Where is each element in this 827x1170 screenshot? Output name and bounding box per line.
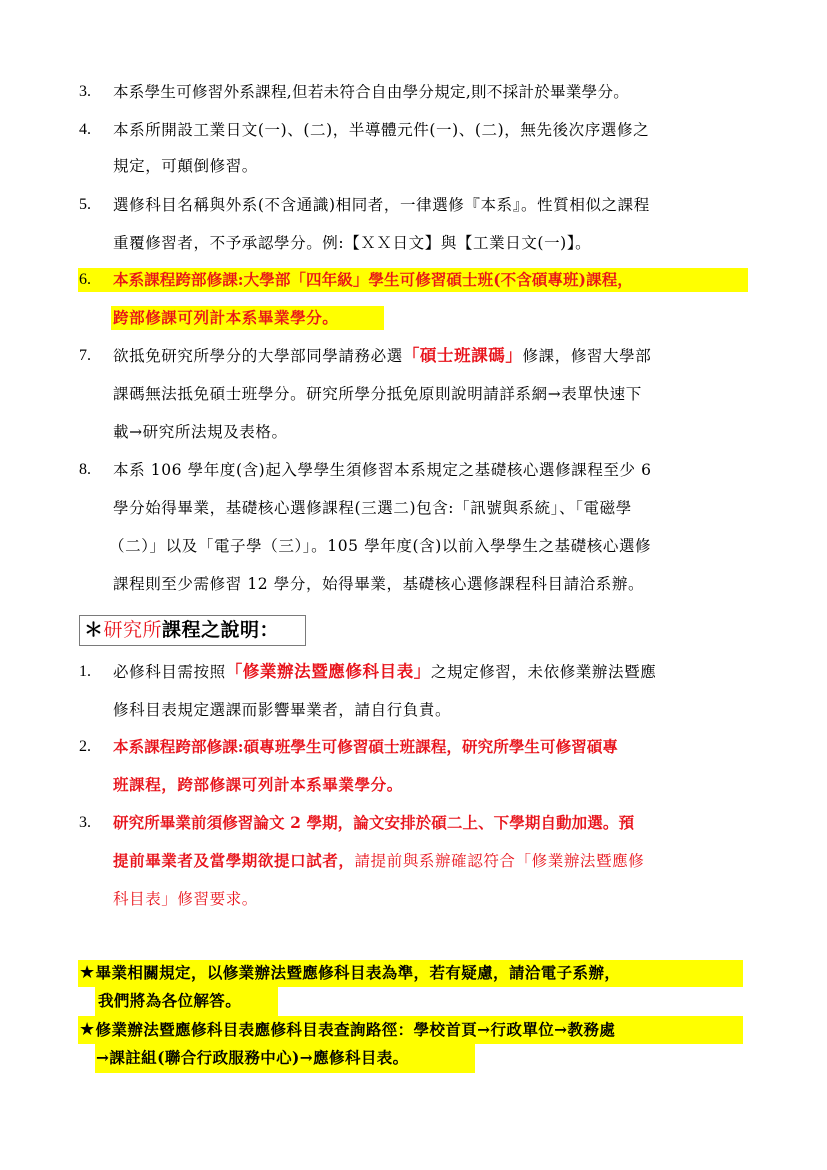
item-number: 3. (79, 82, 91, 102)
item-text: （二）」以及「電子學（三）」。105 學年度(含)以前入學學生之基礎核心選修 (109, 536, 651, 556)
item-text: 重覆修習者，不予承認學分。例:【ＸＸ日文】與【工業日文(一)】。 (113, 233, 591, 253)
item-text: 跨部修課可列計本系畢業學分。 (113, 308, 338, 328)
heading-red-part: 研究所 (104, 619, 163, 641)
item-text: 研究所畢業前須修習論文 2 學期，論文安排於碩二上、下學期自動加選。預 (113, 813, 634, 833)
item-number: 7. (79, 346, 91, 366)
item-text: 學分始得畢業，基礎核心選修課程(三選二)包含:「訊號與系統」、「電磁學 (113, 498, 632, 518)
item-number: 4. (79, 120, 91, 140)
heading-rest: 課程之說明： (162, 619, 279, 641)
item-text: 科目表」修習要求。 (113, 889, 258, 909)
note-graduation-rules-cont: 我們將為各位解答。 (98, 990, 241, 1012)
item-text-part: 欲抵免研究所學分的大學部同學請務必選 (113, 347, 403, 365)
note-query-path: ★修業辦法暨應修科目表應修科目表查詢路徑：學校首頁→行政單位→教務處 (79, 1019, 615, 1041)
item-number: 5. (79, 195, 91, 215)
item-text: 規定，可顛倒修習。 (113, 156, 258, 176)
item-number: 6. (79, 270, 91, 290)
item-text: 本系所開設工業日文(一)、(二)，半導體元件(一)、(二)，無先後次序選修之 (113, 120, 649, 140)
section-heading-graduate: ＊研究所課程之說明： (79, 615, 306, 646)
item-number: 8. (79, 460, 91, 480)
emphasis-text: 「修業辦法暨應修科目表」 (226, 662, 431, 681)
emphasis-text: 「碩士班課碼」 (403, 346, 523, 365)
item-text: 本系 106 學年度(含)起入學學生須修習本系規定之基礎核心選修課程至少 6 (113, 460, 652, 480)
item-text: 課碼無法抵免碩士班學分。研究所學分抵免原則說明請詳系網→表單快速下 (113, 384, 642, 404)
note-query-path-cont: →課註組(聯合行政服務中心)→應修科目表。 (96, 1047, 409, 1069)
item-text-part: 必修科目需按照 (113, 663, 226, 681)
item-text-part: 請提前與系辦確認符合「修業辦法暨應修 (355, 852, 645, 870)
item-text: 課程則至少需修習 12 學分，始得畢業，基礎核心選修課程科目請洽系辦。 (113, 574, 644, 594)
item-text: 選修科目名稱與外系(不含通識)相同者，一律選修『本系』。性質相似之課程 (113, 195, 650, 215)
item-text-bold: 提前畢業者及當學期欲提口試者， (113, 851, 355, 870)
item-text-part: 之規定修習，未依修業辦法暨應 (431, 663, 656, 681)
item-number: 1. (79, 662, 91, 682)
note-text: 畢業相關規定，以修業辦法暨應修科目表為準，若有疑慮，請洽電子系辦， (96, 963, 621, 982)
item-text: 修科目表規定選課而影響畢業者，請自行負責。 (113, 700, 451, 720)
item-number: 3. (79, 813, 91, 833)
item-text: 必修科目需按照「修業辦法暨應修科目表」之規定修習，未依修業辦法暨應 (113, 662, 656, 682)
note-text: 修業辦法暨應修科目表應修科目表查詢路徑：學校首頁→行政單位→教務處 (96, 1020, 616, 1039)
item-text: 本系學生可修習外系課程,但若未符合自由學分規定,則不採計於畢業學分。 (113, 82, 629, 102)
item-text-part: 修課，修習大學部 (523, 347, 652, 365)
item-text: 提前畢業者及當學期欲提口試者，請提前與系辦確認符合「修業辦法暨應修 (113, 851, 644, 871)
note-graduation-rules: ★畢業相關規定，以修業辦法暨應修科目表為準，若有疑慮，請洽電子系辦， (79, 962, 620, 984)
item-text: 載→研究所法規及表格。 (113, 422, 288, 442)
document-page: 3. 本系學生可修習外系課程,但若未符合自由學分規定,則不採計於畢業學分。 4.… (0, 0, 827, 1170)
star-icon: ★ (79, 962, 96, 983)
item-text: 本系課程跨部修課:大學部「四年級」學生可修習碩士班(不含碩專班)課程， (113, 270, 633, 290)
item-text: 本系課程跨部修課:碩專班學生可修習碩士班課程，研究所學生可修習碩專 (113, 737, 618, 757)
star-icon: ★ (79, 1019, 96, 1040)
item-number: 2. (79, 737, 91, 757)
item-text: 班課程，跨部修課可列計本系畢業學分。 (113, 775, 403, 795)
asterisk-icon: ＊ (84, 619, 104, 641)
item-text: 欲抵免研究所學分的大學部同學請務必選「碩士班課碼」修課，修習大學部 (113, 346, 651, 366)
